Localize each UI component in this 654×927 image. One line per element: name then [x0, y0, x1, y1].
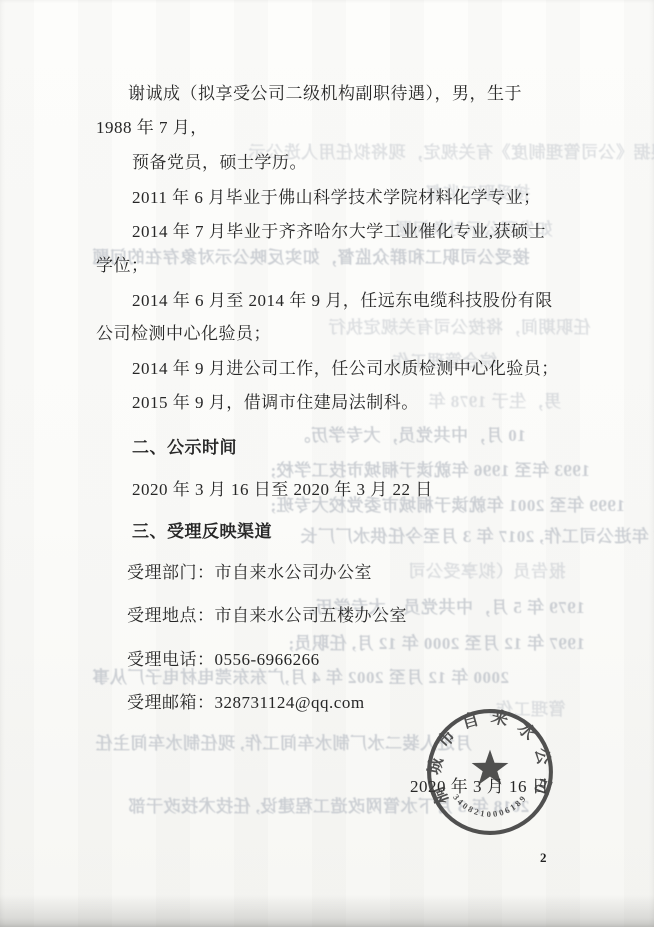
section-heading-feedback-channels: 三、受理反映渠道 — [132, 521, 272, 543]
bleedthrough-line: 10 月，中共党员，大专学历。 — [293, 425, 526, 447]
bleedthrough-line: 报告员（拟享受公司 — [408, 561, 566, 583]
bio-line: 预备党员，硕士学历。 — [132, 152, 307, 174]
bio-line: 2015 年 9 月，借调市住建局法制科。 — [132, 392, 419, 414]
bio-line: 2014 年 6 月至 2014 年 9 月，任远东电缆科技股份有限 — [132, 290, 553, 312]
bleedthrough-line: 根据《公司管理制度》有关规定，现将拟任用人选公示 — [248, 142, 654, 164]
svg-text:3408210006189: 3408210006189 — [451, 792, 529, 819]
feedback-email: 受理邮箱：328731124@qq.com — [127, 692, 365, 714]
bio-line: 2011 年 6 月毕业于佛山科学技术学院材料化学专业； — [132, 187, 541, 209]
bleedthrough-line: 1997 年进公司工作, 2017 年 3 月至今任供水厂厂长 — [300, 526, 654, 548]
bio-line: 公司检测中心化验员； — [96, 323, 271, 345]
feedback-location: 受理地点：市自来水公司五楼办公室 — [127, 605, 407, 627]
bio-line: 2014 年 9 月进公司工作，任公司水质检测中心化验员； — [132, 358, 559, 380]
company-seal: 桐城市自来水公司 3408210006189 — [423, 705, 557, 839]
feedback-department: 受理部门：市自来水公司办公室 — [127, 562, 372, 584]
feedback-phone: 受理电话：0556-6966266 — [127, 649, 320, 671]
seal-serial-number: 3408210006189 — [451, 792, 529, 819]
bleedthrough-line: 任职期间，将按公司有关规定执行 — [328, 317, 591, 339]
bio-line: 1988 年 7 月， — [96, 117, 208, 139]
page-number: 2 — [540, 850, 547, 866]
publicity-period: 2020 年 3 月 16 日至 2020 年 3 月 22 日 — [132, 479, 433, 501]
scanned-document-page: 根据《公司管理制度》有关规定，现将拟任用人选公示 接受职工监督 如发现公示对象问… — [0, 0, 654, 927]
bleedthrough-line: 接受公司职工和群众监督，如实反映公示对象存在的问题 — [92, 247, 530, 269]
section-heading-publicity-time: 二、公示时间 — [132, 437, 237, 459]
bleedthrough-line: 月进人装二水厂制水车间工作, 现任制水车间主任 — [95, 733, 472, 755]
bio-line: 谢诚成（拟享受公司二级机构副职待遇），男，生于 — [128, 83, 522, 105]
seal-star-icon — [472, 750, 509, 785]
bleedthrough-line: 男，生于 1978 年 — [428, 391, 561, 413]
bio-line: 学位； — [96, 255, 149, 277]
bio-line: 2014 年 7 月毕业于齐齐哈尔大学工业催化专业,获硕士 — [132, 221, 546, 243]
bleedthrough-line: 1997 年 12 月至 2000 年 12 月, 任职员; — [288, 633, 585, 655]
